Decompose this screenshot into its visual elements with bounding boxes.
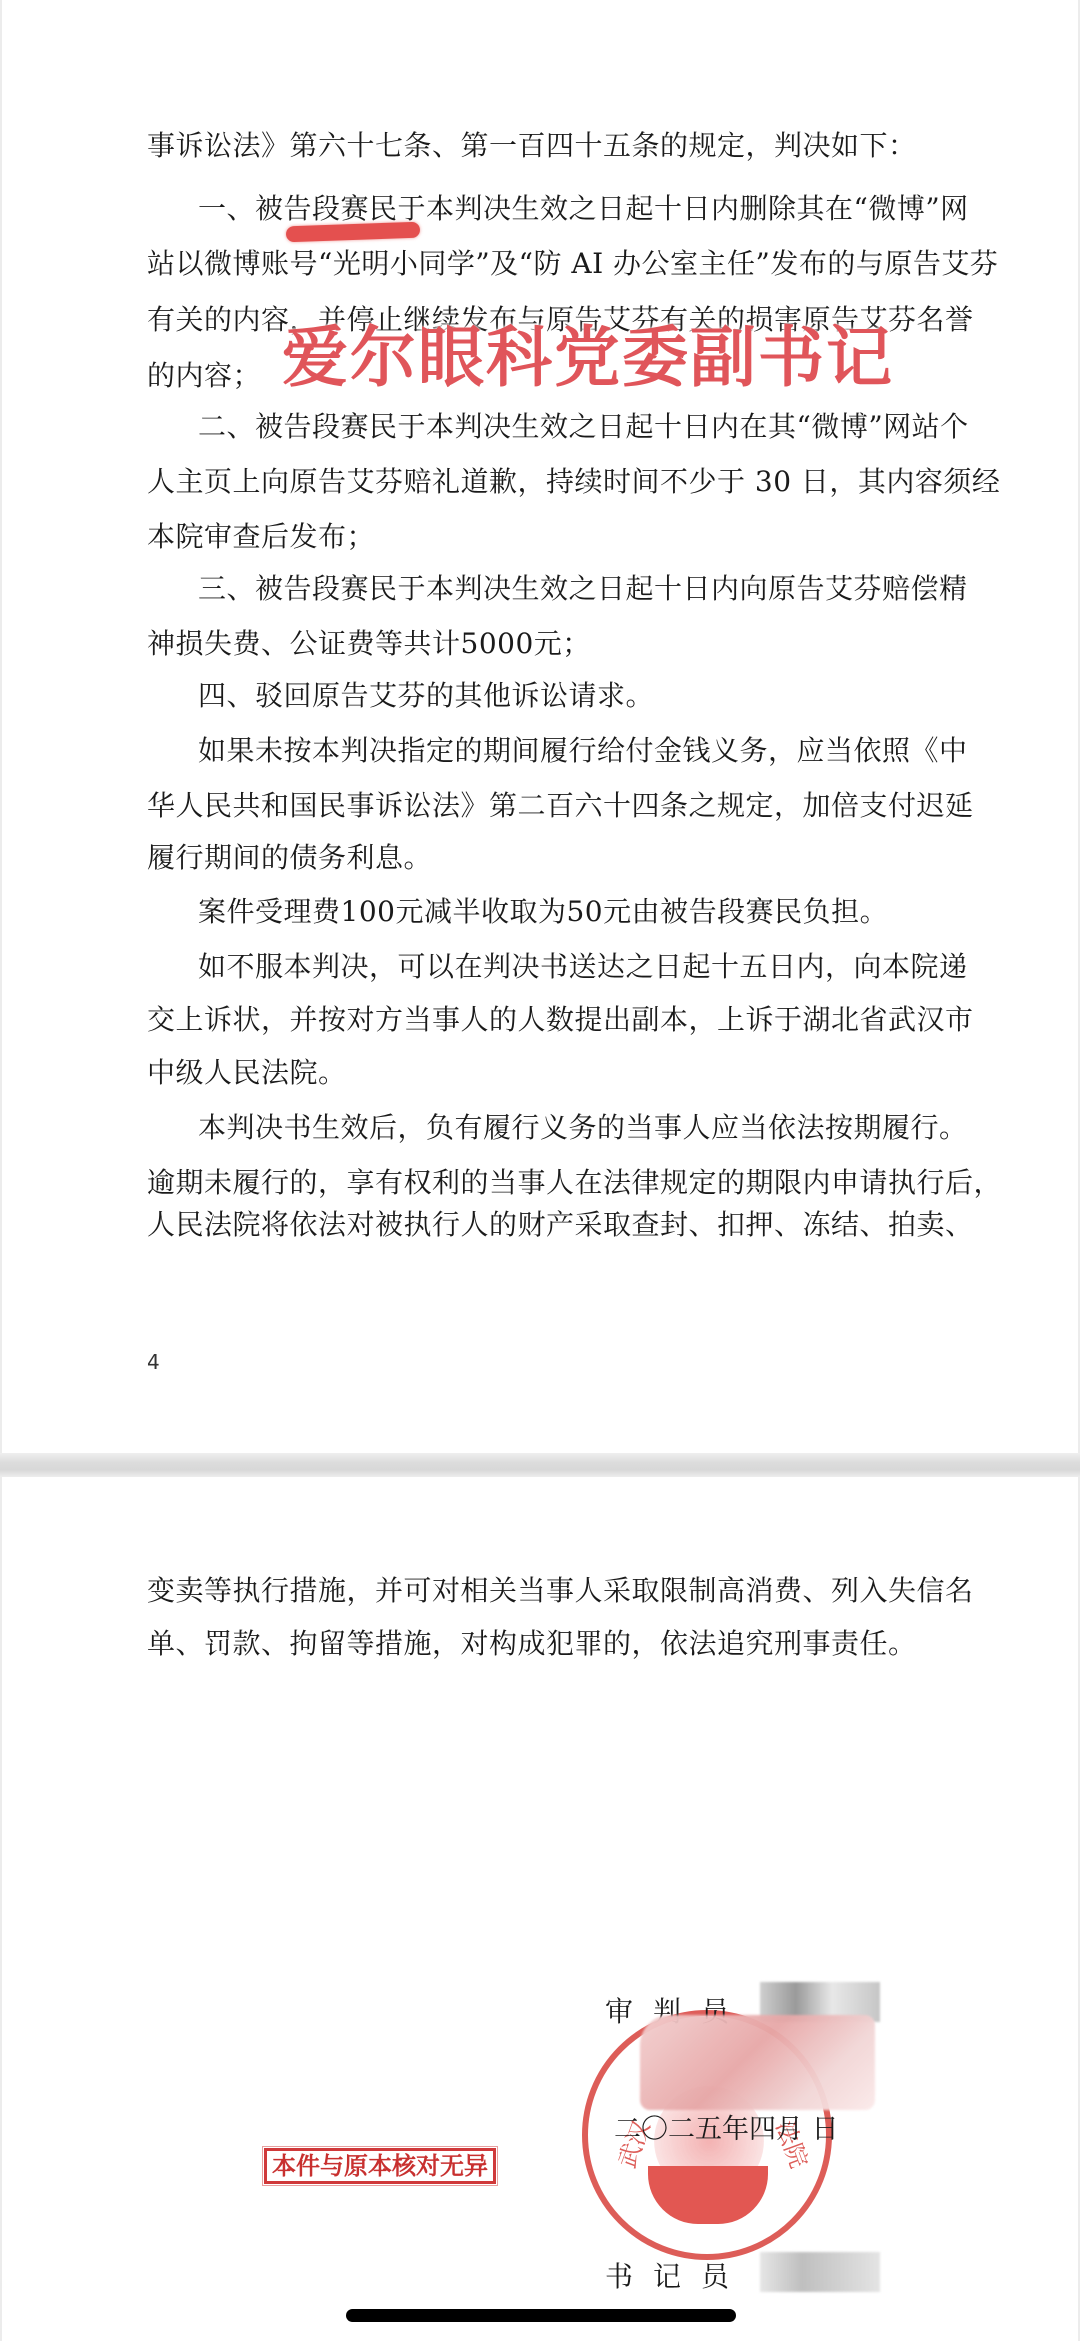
home-indicator[interactable] [346, 2309, 736, 2322]
text-line: 站以微博账号“光明小同学”及“防 AI 办公室主任”发布的与原告艾芬 [147, 244, 957, 284]
judgment-item-3-line: 三、被告段赛民于本判决生效之日起十日内向原告艾芬赔偿精 [198, 569, 1008, 609]
clerk-label: 书记员 [605, 2255, 749, 2295]
page-number: 4 [147, 1350, 160, 1374]
text-line: 中级人民法院。 [147, 1053, 957, 1093]
court-fee-line: 案件受理费100元减半收取为50元由被告段赛民负担。 [198, 892, 1008, 932]
judgment-item-4-line: 四、驳回原告艾芬的其他诉讼请求。 [198, 676, 1008, 716]
text-line: 如果未按本判决指定的期间履行给付金钱义务，应当依照《中 [198, 731, 1008, 771]
text-line: 事诉讼法》第六十七条、第一百四十五条的规定，判决如下： [147, 126, 957, 166]
appeal-line: 如不服本判决，可以在判决书送达之日起十五日内，向本院递 [198, 947, 1008, 987]
text-line: 变卖等执行措施，并可对相关当事人采取限制高消费、列入失信名 [147, 1571, 957, 1611]
text-line: 本判决书生效后，负有履行义务的当事人应当依法按期履行。 [198, 1108, 1008, 1148]
document-page-4: 事诉讼法》第六十七条、第一百四十五条的规定，判决如下： 一、被告段赛民于本判决生… [0, 0, 1080, 1453]
text-line: 交上诉状，并按对方当事人的人数提出副本，上诉于湖北省武汉市 [147, 1000, 957, 1040]
text-line: 人民法院将依法对被执行人的财产采取查封、扣押、冻结、拍卖、 [147, 1205, 957, 1245]
text-line: 华人民共和国民事诉讼法》第二百六十四条之规定，加倍支付迟延 [147, 786, 957, 826]
judgment-item-2-line: 二、被告段赛民于本判决生效之日起十日内在其“微博”网站个 [198, 407, 1008, 447]
text-line: 单、罚款、拘留等措施，对构成犯罪的，依法追究刑事责任。 [147, 1624, 957, 1664]
text-line: 逾期未履行的，享有权利的当事人在法律规定的期限内申请执行后， [147, 1163, 957, 1203]
red-overlay-caption: 爱尔眼科党委副书记 [282, 318, 894, 398]
document-page-5: 变卖等执行措施，并可对相关当事人采取限制高消费、列入失信名 单、罚款、拘留等措施… [0, 1477, 1080, 2341]
page-separator [0, 1453, 1080, 1477]
text-line: 神损失费、公证费等共计5000元； [147, 624, 957, 664]
redacted-clerk-name [760, 2252, 880, 2292]
emblem-base-icon [648, 2166, 768, 2224]
text-line: 履行期间的债务利息。 [147, 838, 957, 878]
text-line: 人主页上向原告艾芬赔礼道歉，持续时间不少于 30 日，其内容须经 [147, 462, 957, 502]
text-line: 本院审查后发布； [147, 517, 957, 557]
redacted-seal-area [640, 2015, 875, 2110]
judgment-date: 二〇二五年四月 日 [614, 2107, 839, 2146]
judgment-item-1-line: 一、被告段赛民于本判决生效之日起十日内删除其在“微博”网 [198, 189, 1008, 229]
certified-copy-stamp: 本件与原本核对无异 [264, 2148, 496, 2184]
red-marker-underline [286, 222, 420, 243]
